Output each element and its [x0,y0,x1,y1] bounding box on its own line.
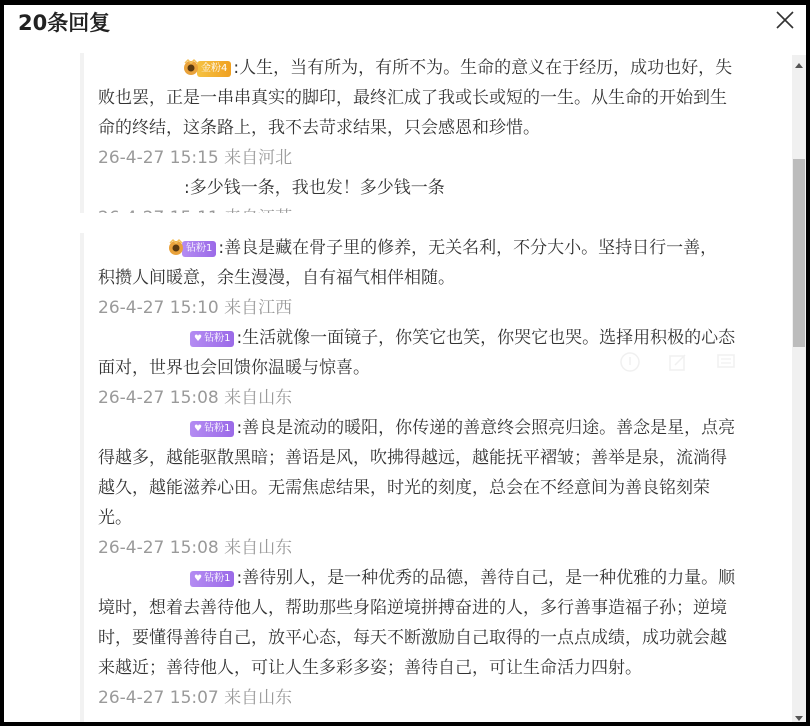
reply-meta: 26-4-27 15:10 来自江西 [98,293,788,323]
fan-badge: ♥钻粉1 [190,421,234,437]
replies-dialog: 20条回复 金粉4:人生，当有所为，有所不为。生命的意义在于经历，成功也好，失 … [0,0,810,726]
reply-item: ♥钻粉1:善待别人，是一种优秀的品德，善待自己，是一种优雅的力量。顺 境时，想着… [98,563,788,713]
reply-line: :多少钱一条，我也发！多少钱一条 [98,173,788,203]
reply-meta: 26-4-27 15:08 来自山东 [98,533,788,563]
reply-line: ♥钻粉1:生活就像一面镜子，你笑它也笑，你哭它也哭。选择用积极的心态 [98,323,788,353]
vertical-scrollbar[interactable] [792,55,806,726]
info-icon[interactable] [619,351,641,373]
group-separator [4,213,794,231]
reply-meta: 26-4-27 15:08 来自山东 [98,383,788,413]
close-button[interactable] [774,9,798,33]
reply-line: 命的终结，这条路上，我不去苛求结果，只会感恩和珍惜。 [98,113,788,143]
crown-icon [181,56,201,74]
reply-line: 积攒人间暖意，余生漫漫，自有福气相伴相随。 [98,263,788,293]
replies-list[interactable]: 金粉4:人生，当有所为，有所不为。生命的意义在于经历，成功也好，失 败也罢，正是… [4,51,794,726]
reply-meta: 26-4-27 15:15 来自河北 [98,143,788,173]
reply-group: 钻粉1:善良是藏在骨子里的修养，无关名利，不分大小。坚持日行一善， 积攒人间暖意… [80,233,794,726]
crown-icon [166,236,186,254]
comment-icon[interactable] [715,351,737,373]
reply-line: 时，要懂得善待自己，放平心态，每天不断激励自己取得的一点点成绩，成功就会越 [98,623,788,653]
scroll-down-icon[interactable] [795,716,803,721]
edit-icon[interactable] [667,351,689,373]
close-icon [774,9,796,31]
reply-line: 钻粉1:善良是藏在骨子里的修养，无关名利，不分大小。坚持日行一善， [98,233,788,263]
fan-badge: ♥钻粉1 [190,571,234,587]
heart-icon: ♥ [194,571,202,587]
fan-badge: 钻粉1 [182,241,216,257]
heart-icon: ♥ [194,331,202,347]
dialog-title: 20条回复 [18,8,110,38]
scroll-thumb[interactable] [793,159,805,347]
reply-line: 光。 [98,503,788,533]
reply-line: ♥钻粉1:善待别人，是一种优秀的品德，善待自己，是一种优雅的力量。顺 [98,563,788,593]
reply-line: 境时，想着去善待他人，帮助那些身陷逆境拼搏奋进的人，多行善事造福子孙；逆境 [98,593,788,623]
reply-line: 越久，越能滋养心田。无需焦虑结果，时光的刻度，总会在不经意间为善良铭刻荣 [98,473,788,503]
reply-line: 来越近；善待他人，可让人生多彩多姿；善待自己，可让生命活力四射。 [98,653,788,683]
fan-badge: 金粉4 [197,61,231,77]
reply-line: 得越多，越能驱散黑暗；善语是风，吹拂得越远，越能抚平褶皱；善举是泉，流淌得 [98,443,788,473]
reply-line: 败也罢，正是一串串真实的脚印，最终汇成了我或长或短的一生。从生命的开始到生 [98,83,788,113]
reply-item: 金粉4:人生，当有所为，有所不为。生命的意义在于经历，成功也好，失 败也罢，正是… [98,53,788,173]
scroll-up-icon[interactable] [795,63,803,68]
reply-item: 钻粉1:善良是藏在骨子里的修养，无关名利，不分大小。坚持日行一善， 积攒人间暖意… [98,233,788,323]
reply-line: 金粉4:人生，当有所为，有所不为。生命的意义在于经历，成功也好，失 [98,53,788,83]
heart-icon: ♥ [194,421,202,437]
reply-meta: 26-4-27 15:07 来自山东 [98,683,788,713]
reply-line: ♥钻粉1:善良是流动的暖阳，你传递的善意终会照亮归途。善念是星，点亮 [98,413,788,443]
fan-badge: ♥钻粉1 [190,331,234,347]
reply-item: ♥钻粉1:善良是流动的暖阳，你传递的善意终会照亮归途。善念是星，点亮 得越多，越… [98,413,788,563]
reply-group: 金粉4:人生，当有所为，有所不为。生命的意义在于经历，成功也好，失 败也罢，正是… [80,53,794,215]
faded-action-icons [619,351,737,373]
